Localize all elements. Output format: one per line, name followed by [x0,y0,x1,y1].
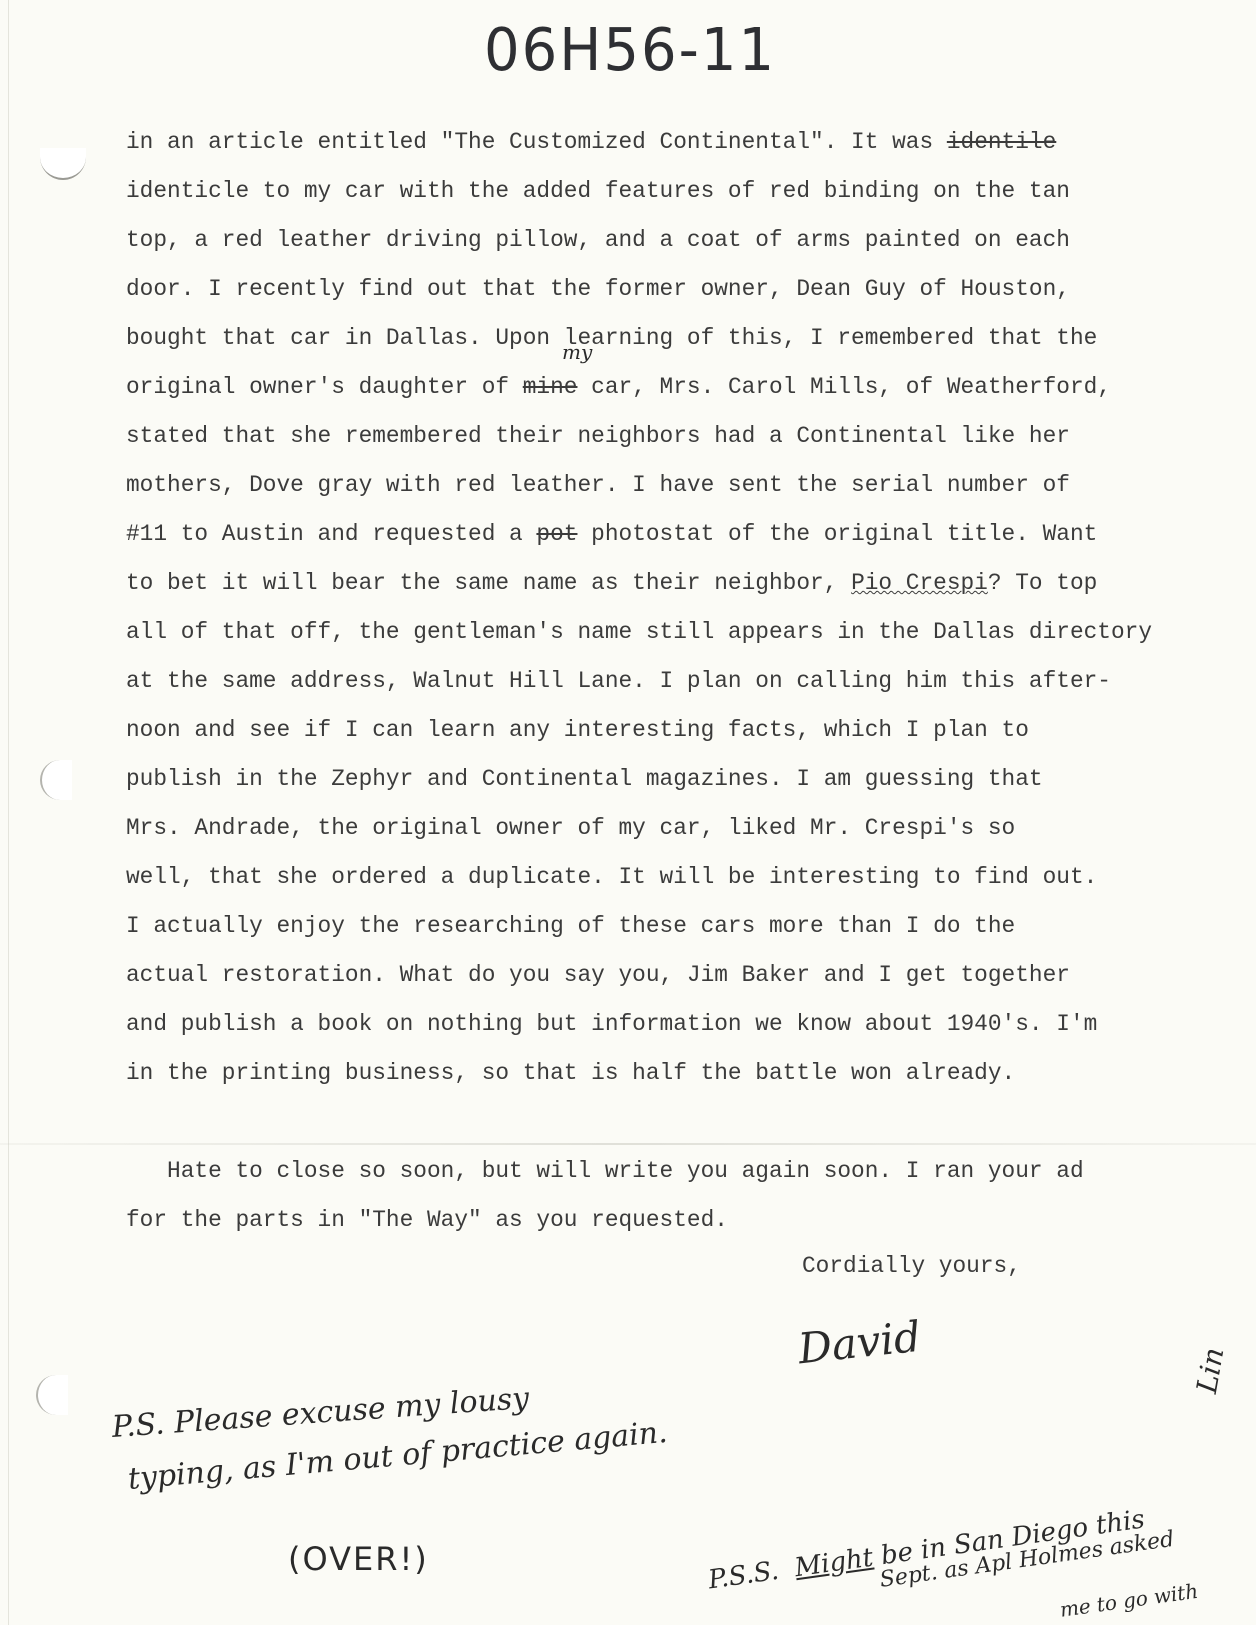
line-text: mothers, Dove gray with red leather. I h… [126,472,1070,498]
letter-line: I actually enjoy the researching of thes… [126,902,1152,951]
letter-line: for the parts in "The Way" as you reques… [126,1196,1152,1245]
struck-text: mine [523,374,578,400]
line-text: original owner's daughter of [126,374,523,400]
line-text: bought that car in Dallas. Upon learning… [126,325,1097,351]
letter-line: top, a red leather driving pillow, and a… [126,216,1152,265]
struck-text: identile [947,129,1056,155]
underlined-text: Pio Crespi [851,570,988,596]
second-postscript-line-3: me to go with [1058,1579,1199,1622]
second-postscript-emphasis: Might [793,1543,875,1584]
second-postscript-label: P.S.S. [706,1556,780,1596]
line-text: stated that she remembered their neighbo… [126,423,1070,449]
letter-line: original owner's daughter of mine car, M… [126,363,1152,412]
letter-line: #11 to Austin and requested a pot photos… [126,510,1152,559]
letter-line: mothers, Dove gray with red leather. I h… [126,461,1152,510]
line-text: door. I recently find out that the forme… [126,276,1070,302]
closing-salutation: Cordially yours, [802,1253,1021,1279]
letter-line: Hate to close so soon, but will write yo… [126,1147,1152,1196]
line-text: identicle to my car with the added featu… [126,178,1070,204]
line-text: to bet it will bear the same name as the… [126,570,851,596]
line-text: top, a red leather driving pillow, and a… [126,227,1070,253]
document-id-label: 06H56-11 [484,16,776,84]
line-text: I actually enjoy the researching of thes… [126,913,1015,939]
letter-line: door. I recently find out that the forme… [126,265,1152,314]
letter-line: and publish a book on nothing but inform… [126,1000,1152,1049]
punch-hole-bottom [36,1375,68,1415]
line-text: Mrs. Andrade, the original owner of my c… [126,815,1015,841]
struck-text: pot [536,521,577,547]
letter-body: in an article entitled "The Customized C… [126,118,1152,1245]
letter-line: identicle to my car with the added featu… [126,167,1152,216]
letter-line: in the printing business, so that is hal… [126,1049,1152,1098]
page-edge [8,0,9,1625]
letter-line: publish in the Zephyr and Continental ma… [126,755,1152,804]
line-text: in an article entitled "The Customized C… [126,129,947,155]
line-text: for the parts in "The Way" as you reques… [126,1207,728,1233]
over-note: (OVER!) [288,1540,429,1578]
letter-line: stated that she remembered their neighbo… [126,412,1152,461]
letter-line: actual restoration. What do you say you,… [126,951,1152,1000]
line-text: photostat of the original title. Want [577,521,1097,547]
punch-hole-top [40,148,86,180]
letter-line: bought that car in Dallas. Upon learning… [126,314,1152,363]
line-text: #11 to Austin and requested a [126,521,536,547]
line-text: in the printing business, so that is hal… [126,1060,1015,1086]
letter-line: Mrs. Andrade, the original owner of my c… [126,804,1152,853]
line-text: all of that off, the gentleman's name st… [126,619,1152,645]
letter-line: at the same address, Walnut Hill Lane. I… [126,657,1152,706]
line-text: ? To top [988,570,1097,596]
letter-line: all of that off, the gentleman's name st… [126,608,1152,657]
line-text: noon and see if I can learn any interest… [126,717,1029,743]
line-text: car, Mrs. Carol Mills, of Weatherford, [577,374,1111,400]
line-text: publish in the Zephyr and Continental ma… [126,766,1043,792]
line-text: at the same address, Walnut Hill Lane. I… [126,668,1111,694]
letter-line: noon and see if I can learn any interest… [126,706,1152,755]
letter-line: well, that she ordered a duplicate. It w… [126,853,1152,902]
letter-line: to bet it will bear the same name as the… [126,559,1152,608]
line-text: and publish a book on nothing but inform… [126,1011,1097,1037]
line-text: actual restoration. What do you say you,… [126,962,1070,988]
letter-line [126,1098,1152,1147]
signature: David [796,1312,923,1374]
line-text: Hate to close so soon, but will write yo… [126,1158,1084,1184]
punch-hole-middle [40,760,72,800]
margin-note-fragment: Lin [1190,1345,1230,1396]
line-text: well, that she ordered a duplicate. It w… [126,864,1097,890]
letter-line: in an article entitled "The Customized C… [126,118,1152,167]
